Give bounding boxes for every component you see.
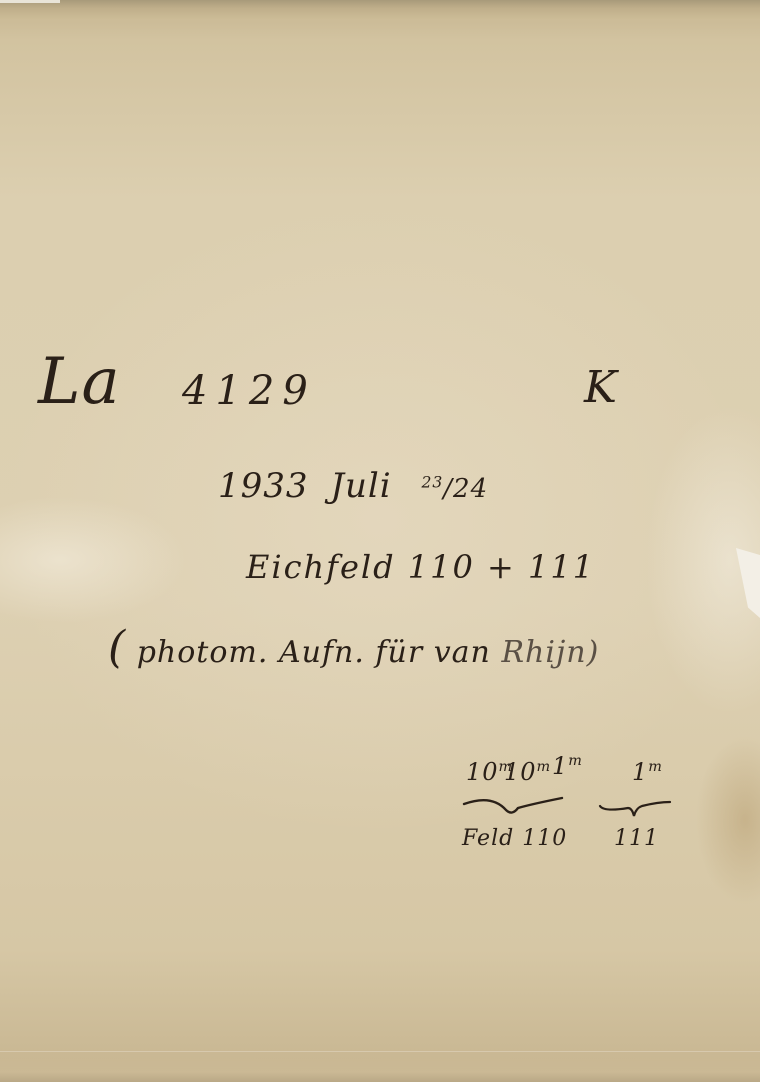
document-sheet: La 4129 K 1933 Juli 23/24 Eichfeld 110 +…	[0, 0, 760, 1082]
open-paren: (	[108, 622, 126, 673]
note-line: ( photom. Aufn. für van Rhijn)	[108, 622, 599, 673]
close-paren: )	[587, 635, 600, 670]
note-text: photom. Aufn. für van	[137, 635, 491, 670]
catalog-number: 4129	[182, 368, 316, 414]
brace-group-110	[462, 796, 566, 818]
date-month: Juli	[330, 466, 391, 506]
date-days: 23/24	[421, 474, 488, 504]
date-year: 1933	[218, 466, 309, 506]
catalog-mark: K	[584, 362, 618, 413]
group-label-110: Feld 110	[462, 826, 567, 851]
group-label-111: 111	[614, 826, 659, 851]
date-line: 1933 Juli 23/24	[218, 466, 488, 506]
exposure-2: 10m	[504, 758, 551, 786]
exposure-3: 1m	[552, 752, 583, 780]
bottom-fold-edge	[0, 1051, 760, 1082]
field-line: Eichfeld 110 + 111	[246, 548, 595, 586]
brace-group-111	[598, 798, 672, 820]
torn-edge	[730, 548, 760, 618]
note-name: Rhijn	[501, 635, 586, 670]
catalog-prefix: La	[38, 345, 121, 419]
top-fold-edge	[0, 0, 760, 22]
exposure-4: 1m	[632, 758, 663, 786]
